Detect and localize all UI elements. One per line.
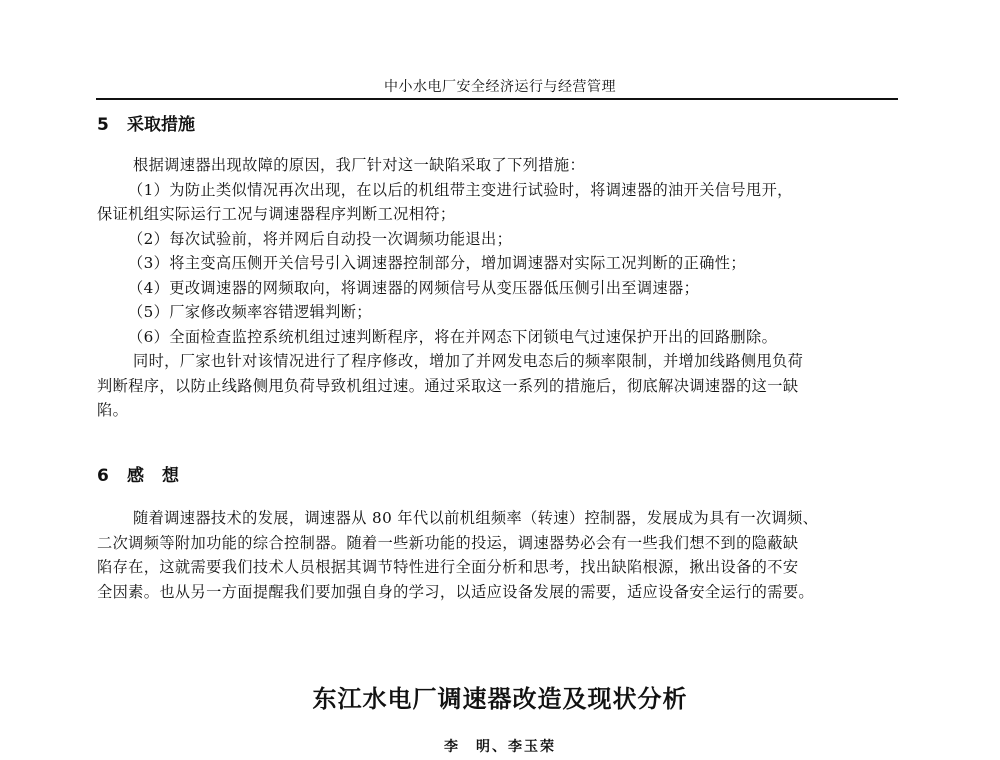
paragraph-line: 根据调速器出现故障的原因，我厂针对这一缺陷采取了下列措施： [133, 155, 585, 175]
paragraph-line: 二次调频等附加功能的综合控制器。随着一些新功能的投运，调速器势必会有一些我们想不… [97, 533, 798, 553]
paragraph-line: 随着调速器技术的发展，调速器从 80 年代以前机组频率（转速）控制器，发展成为具… [133, 508, 818, 528]
list-item-1: （1）为防止类似情况再次出现，在以后的机组带主变进行试验时，将调速器的油开关信号… [128, 180, 793, 200]
list-item-2: （2）每次试验前，将并网后自动投一次调频功能退出； [128, 229, 512, 249]
section-title: 采取措施 [127, 115, 195, 135]
paragraph-line: 保证机组实际运行工况与调速器程序判断工况相符； [97, 204, 456, 224]
list-item-4: （4）更改调速器的网频取向，将调速器的网频信号从变压器低压侧引出至调速器； [128, 278, 699, 298]
running-header: 中小水电厂安全经济运行与经营管理 [0, 78, 1000, 96]
section-number: 5 [97, 114, 127, 136]
list-item-3: （3）将主变高压侧开关信号引入调速器控制部分，增加调速器对实际工况判断的正确性； [128, 253, 746, 273]
paragraph-line: 陷存在，这就需要我们技术人员根据其调节特性进行全面分析和思考，找出缺陷根源，揪出… [97, 557, 798, 577]
paragraph-line: 全因素。也从另一方面提醒我们要加强自身的学习，以适应设备发展的需要，适应设备安全… [97, 582, 814, 602]
section-number: 6 [97, 465, 127, 487]
paragraph-line: 判断程序，以防止线路侧甩负荷导致机组过速。通过采取这一系列的措施后，彻底解决调速… [97, 376, 798, 396]
paragraph-line: 同时，厂家也针对该情况进行了程序修改，增加了并网发电态后的频率限制，并增加线路侧… [133, 351, 803, 371]
list-item-5: （5）厂家修改频率容错逻辑判断； [128, 302, 372, 322]
section-5-heading: 5采取措施 [97, 114, 195, 136]
article-title: 东江水电厂调速器改造及现状分析 [0, 684, 1000, 714]
article-authors: 李 明、李玉荣 [0, 738, 1000, 756]
section-title: 感想 [127, 466, 197, 486]
header-rule [96, 98, 898, 100]
section-6-heading: 6感想 [97, 465, 197, 487]
list-item-6: （6）全面检查监控系统机组过速判断程序，将在并网态下闭锁电气过速保护开出的回路删… [128, 327, 777, 347]
paragraph-line: 陷。 [97, 400, 128, 420]
